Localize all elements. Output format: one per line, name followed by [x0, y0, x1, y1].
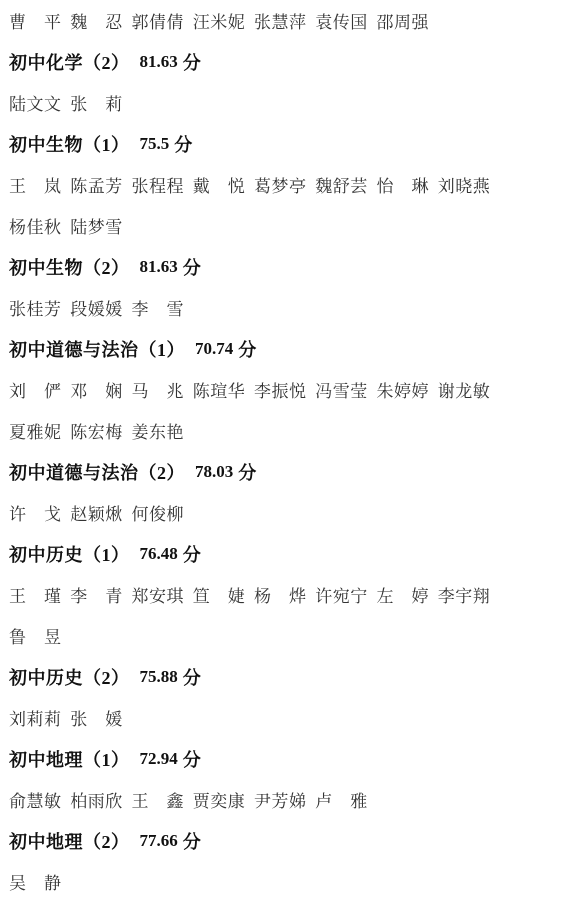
subject-label: 初中道德与法治（2）: [9, 459, 185, 485]
subject-score-header: 初中历史（2）75.88分: [9, 656, 570, 697]
names-line: 王 岚 陈孟芳 张程程 戴 悦 葛梦亭 魏舒芸 怡 琳 刘晓燕: [9, 164, 570, 205]
subject-label: 初中历史（1）: [9, 541, 130, 567]
score-unit: 分: [174, 131, 193, 157]
score-unit: 分: [183, 664, 202, 690]
subject-label: 初中道德与法治（1）: [9, 336, 185, 362]
names-line: 夏雅妮 陈宏梅 姜东艳: [9, 410, 570, 451]
score-value: 72.94: [140, 749, 178, 769]
names-line: 张桂芳 段媛媛 李 雪: [9, 287, 570, 328]
score-value: 76.48: [140, 544, 178, 564]
score-value: 77.66: [140, 831, 178, 851]
names-line: 刘 俨 邓 娴 马 兆 陈瑄华 李振悦 冯雪莹 朱婷婷 谢龙敏: [9, 369, 570, 410]
subject-label: 初中化学（2）: [9, 49, 130, 75]
score-unit: 分: [183, 828, 202, 854]
subject-score-header: 初中道德与法治（2）78.03分: [9, 451, 570, 492]
names-line: 许 戈 赵颖煍 何俊柳: [9, 492, 570, 533]
score-unit: 分: [183, 746, 202, 772]
subject-score-header: 初中化学（2）81.63分: [9, 41, 570, 82]
score-value: 75.5: [140, 134, 170, 154]
names-line: 曹 平 魏 忍 郭倩倩 汪米妮 张慧萍 袁传国 邵周强: [9, 0, 570, 41]
subject-score-header: 初中生物（2）81.63分: [9, 246, 570, 287]
names-line: 杨佳秋 陆梦雪: [9, 205, 570, 246]
subject-score-header: 初中道德与法治（1）70.74分: [9, 328, 570, 369]
score-unit: 分: [183, 541, 202, 567]
names-line: 王 瑾 李 青 郑安琪 笪 婕 杨 烨 许宛宁 左 婷 李宇翔: [9, 574, 570, 615]
subject-label: 初中生物（2）: [9, 254, 130, 280]
score-value: 70.74: [195, 339, 233, 359]
names-line: 刘莉莉 张 媛: [9, 697, 570, 738]
score-unit: 分: [238, 336, 257, 362]
subject-score-header: 初中历史（1）76.48分: [9, 533, 570, 574]
subject-score-header: 初中地理（2）77.66分: [9, 820, 570, 861]
score-value: 81.63: [140, 257, 178, 277]
subject-label: 初中地理（1）: [9, 746, 130, 772]
names-line: 陆文文 张 莉: [9, 82, 570, 123]
subject-label: 初中地理（2）: [9, 828, 130, 854]
score-value: 75.88: [140, 667, 178, 687]
score-unit: 分: [183, 254, 202, 280]
score-value: 78.03: [195, 462, 233, 482]
subject-label: 初中生物（1）: [9, 131, 130, 157]
document-page: 曹 平 魏 忍 郭倩倩 汪米妮 张慧萍 袁传国 邵周强初中化学（2）81.63分…: [0, 0, 584, 897]
subject-score-header: 初中生物（1）75.5分: [9, 123, 570, 164]
score-value: 81.63: [140, 52, 178, 72]
names-line: 俞慧敏 柏雨欣 王 鑫 贾奕康 尹芳娣 卢 雅: [9, 779, 570, 820]
score-unit: 分: [238, 459, 257, 485]
subject-score-header: 初中地理（1）72.94分: [9, 738, 570, 779]
names-line: 吴 静: [9, 861, 570, 897]
names-line: 鲁 昱: [9, 615, 570, 656]
score-unit: 分: [183, 49, 202, 75]
subject-label: 初中历史（2）: [9, 664, 130, 690]
